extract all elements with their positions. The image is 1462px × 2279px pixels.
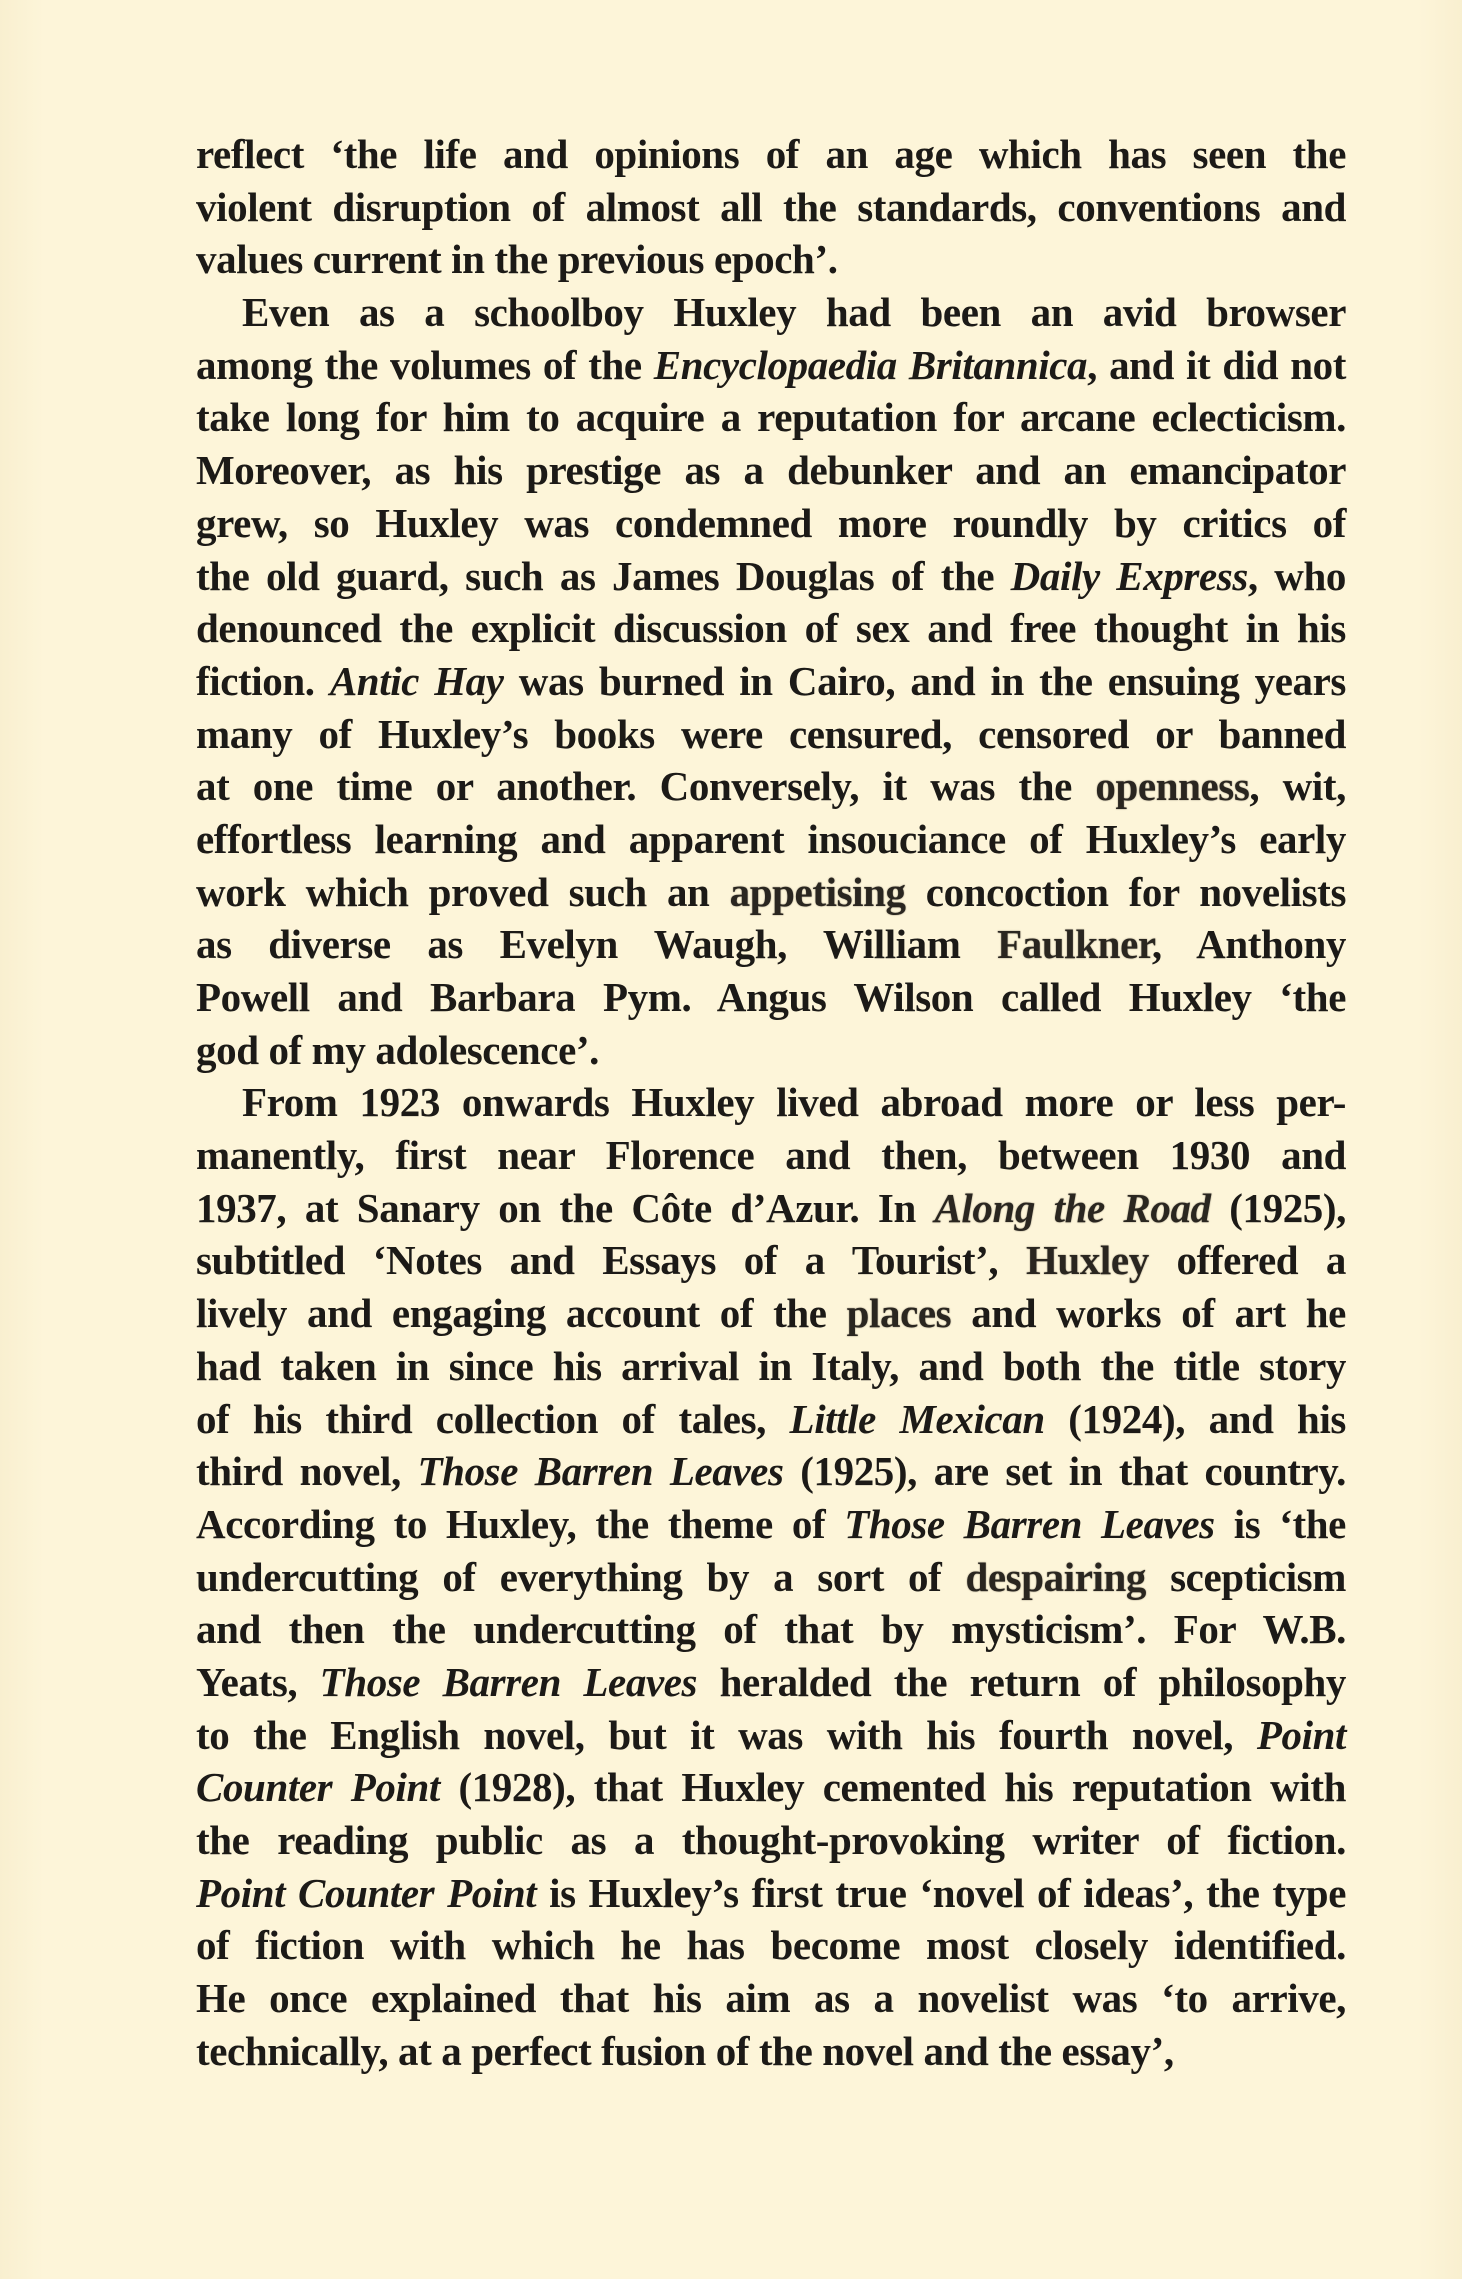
text-line: According to Huxley, the theme of Those … bbox=[196, 1498, 1346, 1551]
text-run: appetising bbox=[730, 869, 906, 915]
text-run: offered a bbox=[1149, 1237, 1346, 1283]
text-run: Even as a schoolboy Huxley had been an a… bbox=[242, 289, 1346, 335]
text-run: of fiction with which he has become most… bbox=[196, 1922, 1346, 1968]
body-text: reflect ‘the life and opinions of an age… bbox=[196, 128, 1346, 2077]
text-run: Huxley bbox=[1026, 1237, 1149, 1283]
text-run: Yeats, bbox=[196, 1659, 320, 1705]
text-run: had taken in since his arrival in Italy,… bbox=[196, 1343, 1346, 1389]
text-run: , and it did not bbox=[1087, 342, 1346, 388]
text-line: the reading public as a thought-provokin… bbox=[196, 1814, 1346, 1867]
text-line: the old guard, such as James Douglas of … bbox=[196, 550, 1346, 603]
text-run: among the volumes of the bbox=[196, 342, 654, 388]
text-line: work which proved such an appetising con… bbox=[196, 866, 1346, 919]
text-run: is ‘the bbox=[1215, 1501, 1346, 1547]
text-line: values current in the previous epoch’. bbox=[196, 233, 1346, 286]
italic-title: Those Barren Leaves bbox=[320, 1659, 697, 1705]
italic-title: Antic Hay bbox=[330, 658, 504, 704]
text-line: manently, first near Florence and then, … bbox=[196, 1129, 1346, 1182]
text-run: to the English novel, but it was with hi… bbox=[196, 1712, 1257, 1758]
text-line: He once explained that his aim as a nove… bbox=[196, 1972, 1346, 2025]
text-run: and works of art he bbox=[951, 1290, 1346, 1336]
text-run: From 1923 onwards Huxley lived abroad mo… bbox=[242, 1079, 1346, 1125]
text-line: denounced the explicit discussion of sex… bbox=[196, 602, 1346, 655]
italic-title: Along the Road bbox=[934, 1185, 1210, 1231]
text-run: (1928), that Huxley cemented his reputat… bbox=[440, 1764, 1346, 1810]
text-run: , who bbox=[1248, 553, 1346, 599]
paragraph: From 1923 onwards Huxley lived abroad mo… bbox=[196, 1076, 1346, 2077]
italic-title: Little Mexican bbox=[790, 1396, 1045, 1442]
italic-title: Daily Express bbox=[1011, 553, 1248, 599]
text-run: (1925), bbox=[1211, 1185, 1346, 1231]
text-line: many of Huxley’s books were censured, ce… bbox=[196, 708, 1346, 761]
text-line: technically, at a perfect fusion of the … bbox=[196, 2025, 1346, 2078]
text-run: many of Huxley’s books were censured, ce… bbox=[196, 711, 1346, 757]
text-line: Point Counter Point is Huxley’s first tr… bbox=[196, 1867, 1346, 1920]
text-run: openness bbox=[1095, 763, 1249, 809]
text-run: , wit, bbox=[1249, 763, 1346, 809]
text-line: reflect ‘the life and opinions of an age… bbox=[196, 128, 1346, 181]
book-page: reflect ‘the life and opinions of an age… bbox=[0, 0, 1462, 2279]
text-run: reflect ‘the life and opinions of an age… bbox=[196, 131, 1346, 177]
text-line: to the English novel, but it was with hi… bbox=[196, 1709, 1346, 1762]
text-run: technically, at a perfect fusion of the … bbox=[196, 2028, 1174, 2074]
text-run: According to Huxley, the theme of bbox=[196, 1501, 844, 1547]
text-line: third novel, Those Barren Leaves (1925),… bbox=[196, 1445, 1346, 1498]
italic-title: Encyclopaedia Britannica bbox=[654, 342, 1087, 388]
text-run: as diverse as Evelyn Waugh, William bbox=[196, 921, 997, 967]
text-run: god of my adolescence’. bbox=[196, 1027, 599, 1073]
text-run: violent disruption of almost all the sta… bbox=[196, 184, 1346, 230]
text-line: take long for him to acquire a reputatio… bbox=[196, 391, 1346, 444]
text-run: the reading public as a thought-provokin… bbox=[196, 1817, 1346, 1863]
text-run: effortless learning and apparent insouci… bbox=[196, 816, 1346, 862]
text-line: Yeats, Those Barren Leaves heralded the … bbox=[196, 1656, 1346, 1709]
italic-title: Point Counter Point bbox=[196, 1870, 536, 1916]
text-run: lively and engaging account of the bbox=[196, 1290, 847, 1336]
text-run: the old guard, such as James Douglas of … bbox=[196, 553, 1011, 599]
text-run: concoction for novelists bbox=[906, 869, 1346, 915]
text-line: Counter Point (1928), that Huxley cement… bbox=[196, 1761, 1346, 1814]
text-line: god of my adolescence’. bbox=[196, 1024, 1346, 1077]
text-line: and then the undercutting of that by mys… bbox=[196, 1603, 1346, 1656]
text-run: was burned in Cairo, and in the ensuing … bbox=[504, 658, 1346, 704]
italic-title: Point bbox=[1257, 1712, 1346, 1758]
text-line: Moreover, as his prestige as a debunker … bbox=[196, 444, 1346, 497]
text-line: fiction. Antic Hay was burned in Cairo, … bbox=[196, 655, 1346, 708]
text-run: third novel, bbox=[196, 1448, 418, 1494]
text-run: undercutting of everything by a sort of bbox=[196, 1554, 965, 1600]
text-line: 1937, at Sanary on the Côte d’Azur. In A… bbox=[196, 1182, 1346, 1235]
paragraph: reflect ‘the life and opinions of an age… bbox=[196, 128, 1346, 286]
paragraph: Even as a schoolboy Huxley had been an a… bbox=[196, 286, 1346, 1076]
text-run: places bbox=[847, 1290, 952, 1336]
text-line: at one time or another. Conversely, it w… bbox=[196, 760, 1346, 813]
text-line: violent disruption of almost all the sta… bbox=[196, 181, 1346, 234]
text-run: 1937, at Sanary on the Côte d’Azur. In bbox=[196, 1185, 934, 1231]
text-run: despairing bbox=[965, 1554, 1146, 1600]
italic-title: Those Barren Leaves bbox=[418, 1448, 784, 1494]
text-run: heralded the return of philosophy bbox=[697, 1659, 1346, 1705]
text-run: work which proved such an bbox=[196, 869, 730, 915]
text-run: He once explained that his aim as a nove… bbox=[196, 1975, 1346, 2021]
text-run: denounced the explicit discussion of sex… bbox=[196, 605, 1346, 651]
text-run: (1924), and his bbox=[1045, 1396, 1346, 1442]
text-run: Powell and Barbara Pym. Angus Wilson cal… bbox=[196, 974, 1346, 1020]
text-line: lively and engaging account of the place… bbox=[196, 1287, 1346, 1340]
text-line: undercutting of everything by a sort of … bbox=[196, 1551, 1346, 1604]
text-run: grew, so Huxley was condemned more round… bbox=[196, 500, 1346, 546]
text-run: manently, first near Florence and then, … bbox=[196, 1132, 1346, 1178]
text-run: take long for him to acquire a reputatio… bbox=[196, 394, 1346, 440]
text-run: scepticism bbox=[1146, 1554, 1346, 1600]
text-line: From 1923 onwards Huxley lived abroad mo… bbox=[196, 1076, 1346, 1129]
text-line: as diverse as Evelyn Waugh, William Faul… bbox=[196, 918, 1346, 971]
text-line: of his third collection of tales, Little… bbox=[196, 1393, 1346, 1446]
text-run: is Huxley’s first true ‘novel of ideas’,… bbox=[536, 1870, 1346, 1916]
text-line: of fiction with which he has become most… bbox=[196, 1919, 1346, 1972]
text-run: at one time or another. Conversely, it w… bbox=[196, 763, 1095, 809]
text-line: subtitled ‘Notes and Essays of a Tourist… bbox=[196, 1234, 1346, 1287]
text-run: and then the undercutting of that by mys… bbox=[196, 1606, 1346, 1652]
text-run: of his third collection of tales, bbox=[196, 1396, 790, 1442]
text-run: values current in the previous epoch’. bbox=[196, 236, 838, 282]
text-run: fiction. bbox=[196, 658, 330, 704]
italic-title: Those Barren Leaves bbox=[844, 1501, 1215, 1547]
text-line: had taken in since his arrival in Italy,… bbox=[196, 1340, 1346, 1393]
text-run: subtitled ‘Notes and Essays of a Tourist… bbox=[196, 1237, 1026, 1283]
text-line: grew, so Huxley was condemned more round… bbox=[196, 497, 1346, 550]
text-run: Faulkner bbox=[997, 921, 1152, 967]
italic-title: Counter Point bbox=[196, 1764, 440, 1810]
text-line: effortless learning and apparent insouci… bbox=[196, 813, 1346, 866]
text-line: among the volumes of the Encyclopaedia B… bbox=[196, 339, 1346, 392]
text-line: Even as a schoolboy Huxley had been an a… bbox=[196, 286, 1346, 339]
text-line: Powell and Barbara Pym. Angus Wilson cal… bbox=[196, 971, 1346, 1024]
text-run: (1925), are set in that country. bbox=[784, 1448, 1346, 1494]
text-run: Moreover, as his prestige as a debunker … bbox=[196, 447, 1346, 493]
text-run: , Anthony bbox=[1152, 921, 1346, 967]
